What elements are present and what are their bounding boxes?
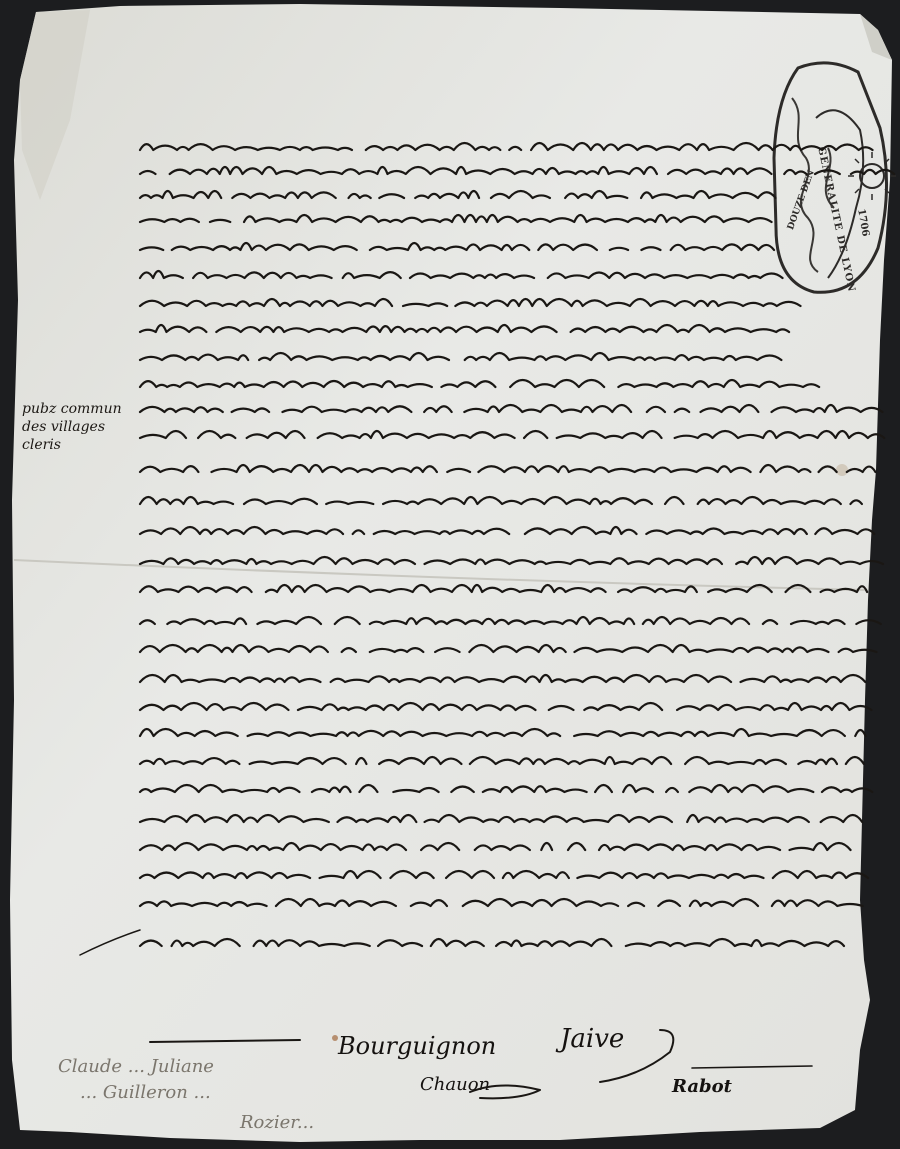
faded-note-2: ... Guilleron ...	[80, 1082, 211, 1103]
faded-note-1: Claude ... Juliane	[58, 1056, 214, 1077]
signature-flourishes	[0, 0, 900, 1149]
faded-note-3: Rozier...	[240, 1112, 314, 1133]
